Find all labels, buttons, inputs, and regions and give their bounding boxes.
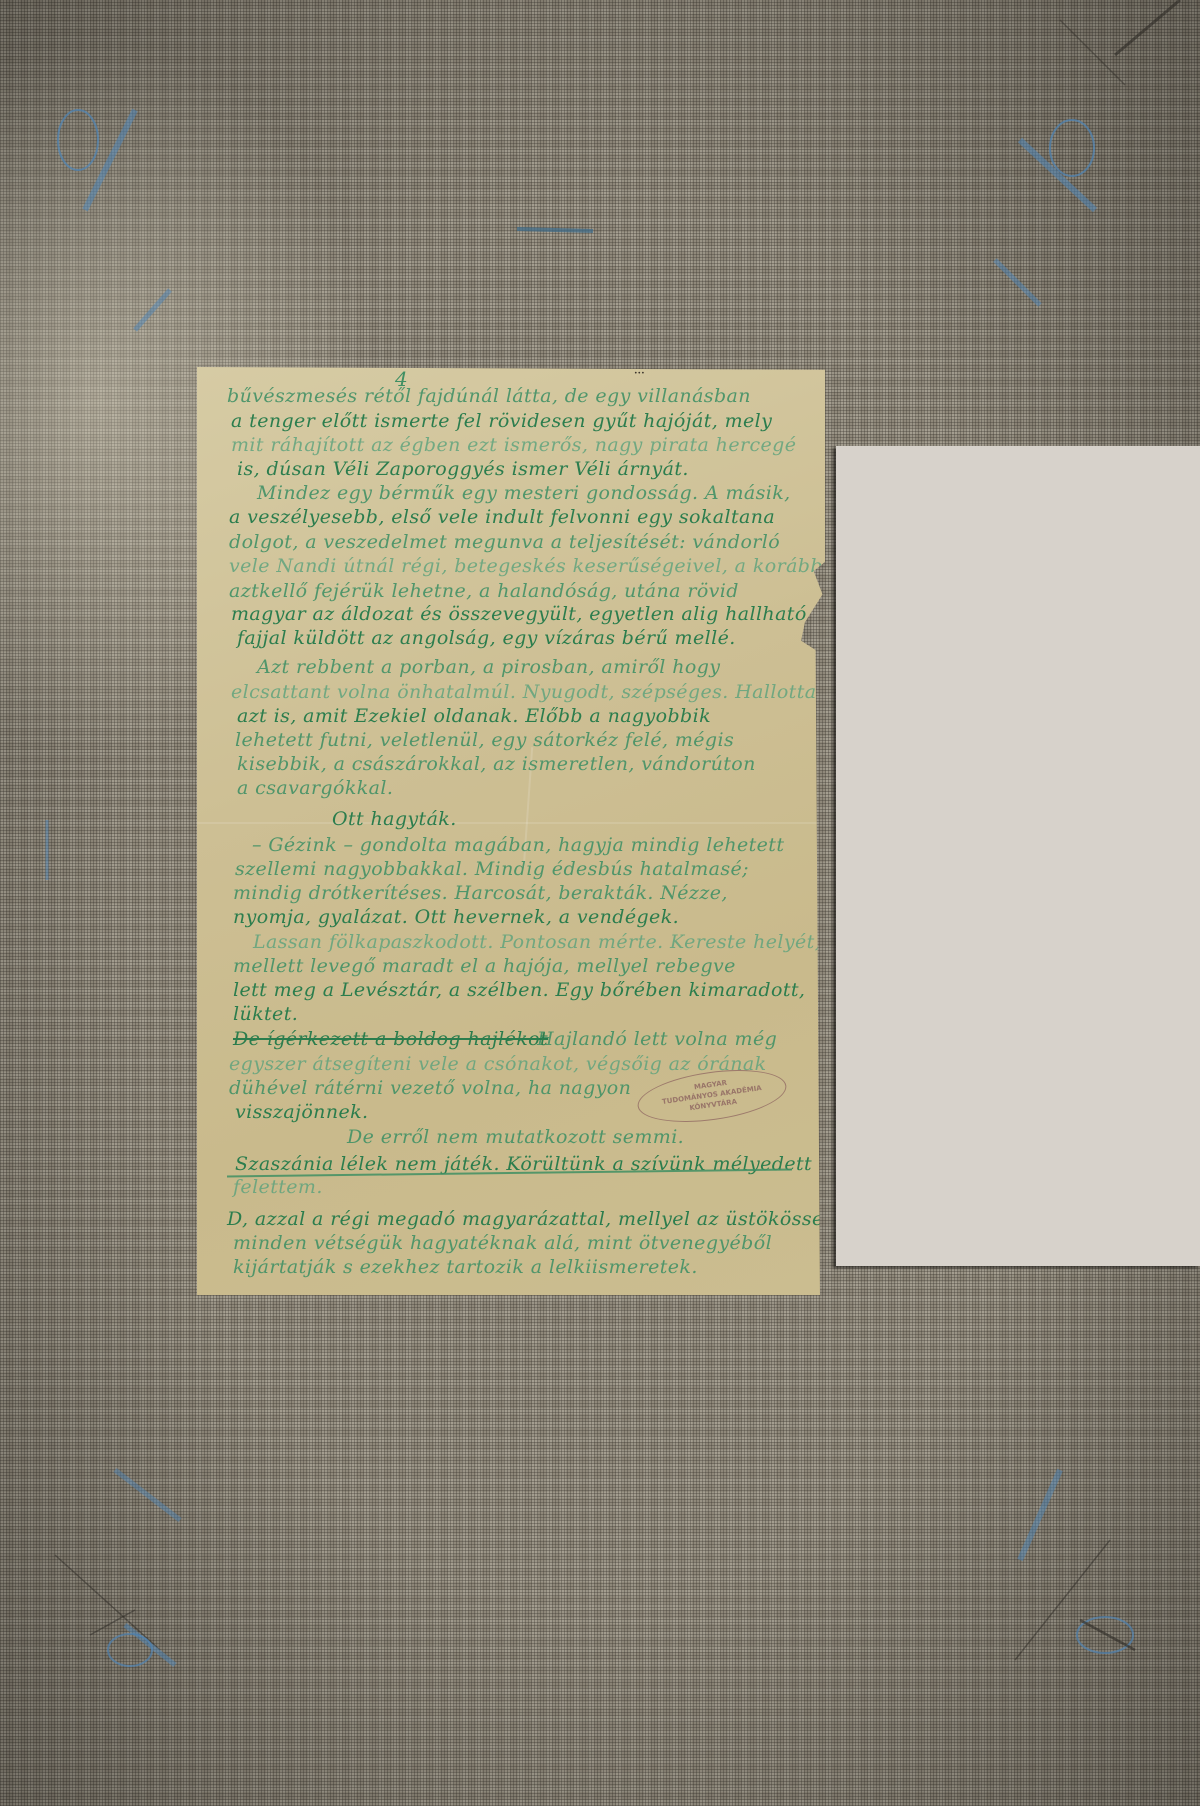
manuscript-line: a csavargókkal.: [237, 777, 393, 799]
pencil-mark-bottom-right: [1000, 1460, 1180, 1670]
manuscript-line: nyomja, gyalázat. Ott hevernek, a vendég…: [233, 906, 679, 928]
manuscript-line: azt is, amit Ezekiel oldanak. Előbb a na…: [237, 705, 711, 727]
manuscript-line: D, azzal a régi megadó magyarázattal, me…: [227, 1208, 830, 1230]
manuscript-line: visszajönnek.: [235, 1101, 368, 1123]
manuscript-line: – Gézink – gondolta magában, hagyja mind…: [252, 834, 784, 856]
struck-text: De ígérkezett a boldog hajlékot: [233, 1028, 548, 1050]
manuscript-line: kijártatják s ezekhez tartozik a lelkiis…: [233, 1256, 698, 1278]
manuscript-line: minden vétségük hagyatéknak alá, mint öt…: [233, 1232, 772, 1254]
graphite-mark-top-right: [1030, 0, 1190, 90]
manuscript-line: lüktet.: [233, 1003, 298, 1025]
pencil-mark-top-right: [1000, 100, 1120, 220]
pencil-dash-top-center: [515, 225, 595, 235]
pencil-mark-right-mid: [990, 255, 1050, 315]
manuscript-line: Ott hagyták.: [332, 808, 457, 830]
blank-card: [836, 446, 1200, 1266]
manuscript-line: mit ráhajított az égben ezt ismerős, nag…: [231, 434, 796, 456]
manuscript-line: Mindez egy bérműk egy mesteri gondosság.…: [257, 482, 791, 504]
manuscript-line: Lassan fölkapaszkodott. Pontosan mérte. …: [253, 931, 821, 953]
manuscript-line: De erről nem mutatkozott semmi.: [347, 1126, 684, 1148]
manuscript-line: fajjal küldött az angolság, egy vízáras …: [237, 627, 736, 649]
manuscript-line: lehetett futni, veletlenül, egy sátorkéz…: [235, 729, 734, 751]
pencil-mark-bottom-left: [50, 1450, 190, 1670]
manuscript-line: kisebbik, a császárokkal, az ismeretlen,…: [237, 753, 756, 775]
manuscript-page: ••• 4 bűvészmesés rétől fajdúnál látta, …: [197, 367, 825, 1295]
manuscript-line: Azt rebbent a porban, a pirosban, amiről…: [257, 656, 720, 678]
manuscript-line: szellemi nagyobbakkal. Mindig édesbús ha…: [235, 858, 749, 880]
manuscript-line: Hajlandó lett volna még: [537, 1028, 777, 1050]
pencil-mark-top-left: [40, 90, 160, 230]
manuscript-line: aztkellő fejérük lehetne, a halandóság, …: [229, 580, 739, 602]
manuscript-line: lett meg a Levésztár, a szélben. Egy bőr…: [233, 979, 805, 1001]
manuscript-line: is, dúsan Véli Zaporoggyés ismer Véli ár…: [237, 458, 689, 480]
manuscript-line: dühével rátérni vezető volna, ha nagyon: [229, 1077, 631, 1099]
manuscript-line: magyar az áldozat és összevegyült, egyet…: [231, 603, 807, 625]
manuscript-line: mindig drótkerítéses. Harcosát, berakták…: [233, 882, 728, 904]
manuscript-line: dolgot, a veszedelmet megunva a teljesít…: [229, 531, 780, 553]
pencil-mark-left-mid: [125, 285, 185, 335]
manuscript-line: elcsattant volna önhatalmúl. Nyugodt, sz…: [231, 681, 816, 703]
manuscript-line: vele Nandi útnál régi, betegeskés keserű…: [229, 555, 861, 577]
manuscript-line: egyszer átsegíteni vele a csónakot, végs…: [229, 1053, 767, 1075]
manuscript-line: a tenger előtt ismerte fel rövidesen gyű…: [231, 410, 772, 432]
manuscript-line: bűvészmesés rétől fajdúnál látta, de egy…: [227, 385, 751, 407]
manuscript-line: a veszélyesebb, első vele indult felvonn…: [229, 506, 775, 528]
manuscript-line: mellett levegő maradt el a hajója, melly…: [233, 955, 736, 977]
handwritten-text: bűvészmesés rétől fajdúnál látta, de egy…: [197, 367, 825, 1295]
manuscript-line: felettem.: [233, 1176, 323, 1198]
pencil-tick-left-edge: [42, 820, 52, 880]
